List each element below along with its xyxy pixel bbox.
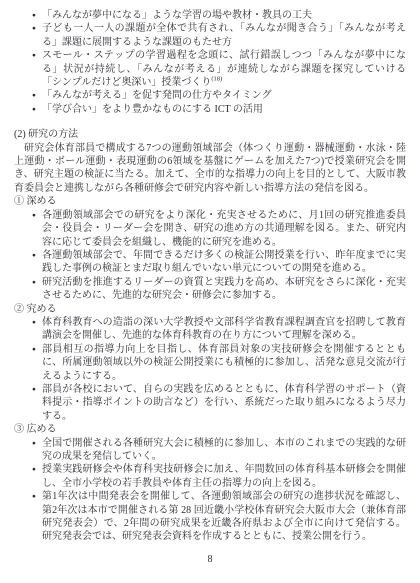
bullet-text: 「みんなが夢中になる」ような学習の場や教材・教具の工夫: [42, 10, 312, 21]
bullet-text: 体育科教育への造詣の深い大学教授や文部科学省教育課程調査官を招聘して教育講演会を…: [42, 317, 406, 341]
page-number: 8: [0, 553, 420, 566]
section-heading: (2) 研究の方法: [14, 128, 406, 141]
footnote-marker: (18): [211, 76, 222, 83]
bullet-text: 「みんなが考える」を促す発問の仕方やタイミング: [42, 90, 272, 101]
list-item: ● 「学び合い」をより豊かなものにする ICT の活用: [31, 103, 406, 116]
list-item: ● 「みんなが考える」を促す発問の仕方やタイミング: [31, 89, 406, 102]
bullet-icon: ●: [32, 383, 36, 396]
bullet-text: 「学び合い」をより豊かなものにする ICT の活用: [42, 104, 263, 115]
bullet-text: 授業実践研修会や体育科実技研修会に加え、年間数回の体育科基本研修会を開催し、全市…: [42, 464, 406, 488]
bullet-text: スモール・ステップの学習過程を念頭に、試行錯誤しつつ「みんなが夢中になる」状況が…: [42, 50, 406, 88]
bullet-icon: ●: [32, 89, 36, 102]
bullet-text: 部員相互の指導力向上を目指し、体育部員対象の実技研修会を開催するとともに、所属運…: [42, 344, 406, 382]
list-item: ● 体育科教育への造詣の深い大学教授や文部科学省教育課程調査官を招聘して教育講演…: [31, 316, 406, 343]
bullet-text: 全国で開催される各種研究大会に積極的に参加し、本市のこれまでの実践的な研究の成果…: [42, 438, 406, 462]
list-item: ● 第1年次は中間発表会を開催して、各運動領域部会の研究の進捗状況を確認し、第2…: [31, 490, 406, 544]
list-item: ● 部員相互の指導力向上を目指し、体育部員対象の実技研修会を開催するとともに、所…: [31, 343, 406, 383]
bullet-text: 部員が各校において、自らの実践を広めるとともに、体育科学習のサポート（資料提示・…: [42, 384, 406, 422]
bullet-icon: ●: [32, 103, 36, 116]
bullet-icon: ●: [32, 276, 36, 289]
bullet-icon: ●: [32, 209, 36, 222]
list-item: ● スモール・ステップの学習過程を念頭に、試行錯誤しつつ「みんなが夢中になる」状…: [31, 49, 406, 89]
bullet-icon: ●: [32, 437, 36, 450]
list-item: ● 部員が各校において、自らの実践を広めるとともに、体育科学習のサポート（資料提…: [31, 383, 406, 423]
bullet-icon: ●: [32, 22, 36, 35]
bullet-text: 子ども一人一人の課題が全体で共有され、「みんなが聞き合う」「みんなが考える」課題…: [42, 23, 406, 47]
bullet-icon: ●: [32, 49, 36, 62]
bullet-icon: ●: [32, 490, 36, 503]
list-item: ● 授業実践研修会や体育科実技研修会に加え、年間数回の体育科基本研修会を開催し、…: [31, 463, 406, 490]
bullet-text: 研究活動を推進するリーダーの資質と実践力を高め、本研究をさらに深化・充実させるた…: [42, 277, 406, 301]
subsection-bullet-list: ● 体育科教育への造詣の深い大学教授や文部科学省教育課程調査官を招聘して教育講演…: [31, 316, 406, 423]
intro-bullet-list: ● 「みんなが夢中になる」ような学習の場や教材・教具の工夫 ● 子ども一人一人の…: [31, 9, 406, 116]
bullet-text: 各運動領域部会での研究をより深化・充実させるために、月1回の研究推進委員会・役員…: [42, 210, 406, 248]
bullet-icon: ●: [32, 249, 36, 262]
subsection-bullet-list: ● 全国で開催される各種研究大会に積極的に参加し、本市のこれまでの実践的な研究の…: [31, 437, 406, 544]
subsection-heading-hiromeru: ③ 広める: [14, 423, 406, 436]
bullet-icon: ●: [32, 9, 36, 22]
bullet-icon: ●: [32, 463, 36, 476]
bullet-icon: ●: [32, 343, 36, 356]
list-item: ● 各運動領域部会で、年間できるだけ多くの検証公開授業を行い、昨年度までに実践し…: [31, 249, 406, 276]
bullet-text: 各運動領域部会で、年間できるだけ多くの検証公開授業を行い、昨年度までに実践した事…: [42, 250, 406, 274]
bullet-text: 第1年次は中間発表会を開催して、各運動領域部会の研究の進捗状況を確認し、第2年次…: [42, 491, 406, 542]
list-item: ● 子ども一人一人の課題が全体で共有され、「みんなが聞き合う」「みんなが考える」…: [31, 22, 406, 49]
list-item: ● 「みんなが夢中になる」ような学習の場や教材・教具の工夫: [31, 9, 406, 22]
list-item: ● 全国で開催される各種研究大会に積極的に参加し、本市のこれまでの実践的な研究の…: [31, 437, 406, 464]
bullet-icon: ●: [32, 316, 36, 329]
document-page: ● 「みんなが夢中になる」ような学習の場や教材・教具の工夫 ● 子ども一人一人の…: [0, 0, 420, 583]
list-item: ● 研究活動を推進するリーダーの資質と実践力を高め、本研究をさらに深化・充実させ…: [31, 276, 406, 303]
section-paragraph: 研究会体育部員で構成する7つの運動領域部会（体つくり運動・器械運動・水泳・陸上運…: [14, 142, 406, 196]
list-item: ● 各運動領域部会での研究をより深化・充実させるために、月1回の研究推進委員会・…: [31, 209, 406, 249]
subsection-bullet-list: ● 各運動領域部会での研究をより深化・充実させるために、月1回の研究推進委員会・…: [31, 209, 406, 303]
subsection-heading-fukameru: ① 深める: [14, 195, 406, 208]
subsection-heading-kiwameru: ② 究める: [14, 303, 406, 316]
